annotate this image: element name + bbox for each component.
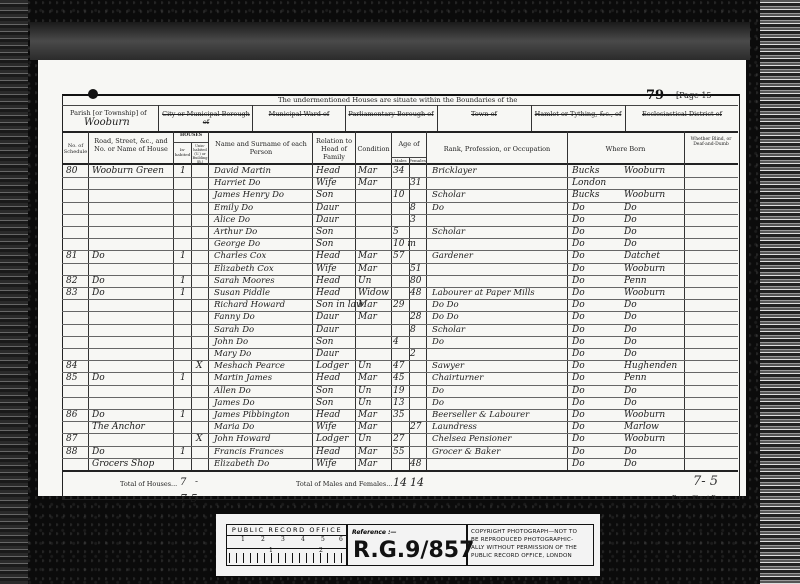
schedule-number: 81 bbox=[66, 251, 77, 261]
parish-label: Parish [or Township] of bbox=[70, 109, 155, 117]
occupation: Do bbox=[432, 398, 444, 408]
condition: Mar bbox=[358, 312, 377, 322]
condition: Mar bbox=[358, 447, 377, 457]
col-born: Where Born bbox=[568, 145, 683, 153]
occupation: Gardener bbox=[432, 251, 473, 261]
address: Do bbox=[92, 276, 105, 286]
born-county: Do bbox=[572, 337, 585, 347]
born-county: Do bbox=[572, 251, 585, 261]
age-male: 55 bbox=[393, 447, 404, 457]
copyright-line-3: ALLY WITHOUT PERMISSION OF THE bbox=[471, 544, 577, 552]
person-name: John Do bbox=[214, 337, 248, 347]
schedule-number: 86 bbox=[66, 410, 77, 420]
age-female: 8 bbox=[410, 325, 416, 335]
person-name: Emily Do bbox=[214, 203, 253, 213]
occupation: Do Do bbox=[432, 312, 459, 322]
person-name: Charles Cox bbox=[214, 251, 266, 261]
born-parish: Do bbox=[624, 215, 637, 225]
address: Do bbox=[92, 288, 105, 298]
hamlet-label: Hamlet or Tything, &c., of bbox=[534, 110, 622, 118]
born-county: Do bbox=[572, 410, 585, 420]
pro-ruler-cm: 1 2 3 4 5 6 bbox=[227, 535, 347, 549]
total-houses-margin: 7 5 bbox=[180, 492, 198, 505]
folio-number: 79 bbox=[646, 88, 664, 103]
born-parish: Hughenden bbox=[624, 361, 677, 371]
person-name: Alice Do bbox=[214, 215, 250, 225]
col-occupation: Rank, Profession, or Occupation bbox=[428, 145, 566, 153]
col-houses: HOUSES bbox=[174, 133, 208, 138]
born-parish: Do bbox=[624, 203, 637, 213]
born-county: Do bbox=[572, 361, 585, 371]
condition: Mar bbox=[358, 422, 377, 432]
address: Grocers Shop bbox=[92, 459, 154, 469]
parliamentary-label: Parliamentary Borough of bbox=[348, 110, 434, 118]
born-parish: Datchet bbox=[624, 251, 660, 261]
address: Do bbox=[92, 410, 105, 420]
film-edge-right bbox=[760, 0, 800, 584]
schedule-number: 84 bbox=[66, 361, 77, 371]
condition: Mar bbox=[358, 178, 377, 188]
condition: Un bbox=[358, 276, 371, 286]
age-female: 2 bbox=[410, 349, 416, 359]
age-female: 51 bbox=[410, 264, 421, 274]
total-houses-label: Total of Houses... bbox=[120, 480, 177, 488]
born-parish: Do bbox=[624, 386, 637, 396]
col-inhabited: In-habited bbox=[174, 147, 191, 157]
relation: Wife bbox=[316, 459, 337, 469]
col-relation: Relation to Head of Family bbox=[314, 137, 354, 161]
col-blind: Whether Blind, or Deaf-and-Dumb bbox=[686, 137, 736, 147]
age-male: 35 bbox=[393, 410, 404, 420]
person-name: Maria Do bbox=[214, 422, 254, 432]
born-parish: Wooburn bbox=[624, 434, 665, 444]
occupation: Labourer at Paper Mills bbox=[432, 288, 535, 298]
born-parish: Wooburn bbox=[624, 410, 665, 420]
age-male: 19 bbox=[393, 386, 404, 396]
age-male: 5 bbox=[393, 227, 399, 237]
born-parish: Do bbox=[624, 312, 637, 322]
row-divider bbox=[62, 177, 738, 178]
born-parish: Do bbox=[624, 398, 637, 408]
occupation: Beerseller & Labourer bbox=[432, 410, 529, 420]
person-name: Harriet Do bbox=[214, 178, 260, 188]
age-male: 10 bbox=[393, 190, 404, 200]
relation: Daur bbox=[316, 215, 339, 225]
scan-top-shadow bbox=[30, 22, 750, 60]
occupation: Scholar bbox=[432, 325, 465, 335]
age-female: 48 bbox=[410, 288, 421, 298]
city-label: City or Municipal Borough of bbox=[162, 110, 250, 126]
born-parish: Do bbox=[624, 325, 637, 335]
address: Wooburn Green bbox=[92, 166, 164, 176]
person-name: John Howard bbox=[214, 434, 271, 444]
age-male: 10 m bbox=[393, 239, 416, 249]
schedule-number: 82 bbox=[66, 276, 77, 286]
ecclesiastical-label: Ecclesiastical District of bbox=[628, 110, 736, 118]
person-name: Fanny Do bbox=[214, 312, 255, 322]
age-female: 3 bbox=[410, 215, 416, 225]
relation: Son bbox=[316, 239, 333, 249]
houses-inhabited: 1 bbox=[180, 276, 186, 286]
condition: Mar bbox=[358, 166, 377, 176]
occupation: Chelsea Pensioner bbox=[432, 434, 512, 444]
born-parish: Wooburn bbox=[624, 190, 665, 200]
relation: Daur bbox=[316, 312, 339, 322]
pro-reference-label: PUBLIC RECORD OFFICE 1 2 3 4 5 6 1 2 Ref… bbox=[216, 514, 600, 576]
age-male: 47 bbox=[393, 361, 404, 371]
born-county: Do bbox=[572, 459, 585, 469]
age-female: 27 bbox=[410, 422, 421, 432]
born-county: Bucks bbox=[572, 190, 600, 200]
col-age: Age of bbox=[392, 140, 426, 148]
relation: Son bbox=[316, 337, 333, 347]
occupation: Sawyer bbox=[432, 361, 464, 371]
pro-office-name: PUBLIC RECORD OFFICE bbox=[227, 526, 347, 534]
born-county: Do bbox=[572, 373, 585, 383]
schedule-number: 80 bbox=[66, 166, 77, 176]
pro-reference-box: Reference :— R.G.9/857 bbox=[346, 524, 468, 566]
col-address: Road, Street, &c., and No. or Name of Ho… bbox=[92, 137, 170, 153]
born-parish: Do bbox=[624, 337, 637, 347]
film-edge-left bbox=[0, 0, 28, 584]
person-name: James Pibbington bbox=[214, 410, 290, 420]
born-county: Do bbox=[572, 386, 585, 396]
born-county: Do bbox=[572, 276, 585, 286]
margin-tally: 7- 5 bbox=[693, 474, 718, 489]
age-male: 29 bbox=[393, 300, 404, 310]
person-name: Richard Howard bbox=[214, 300, 285, 310]
person-name: David Martin bbox=[214, 166, 271, 176]
born-parish: Do bbox=[624, 447, 637, 457]
total-houses-inhabited: 7 bbox=[180, 477, 186, 488]
schedule-number: 83 bbox=[66, 288, 77, 298]
relation: Daur bbox=[316, 349, 339, 359]
relation: Head bbox=[316, 276, 340, 286]
born-parish: Do bbox=[624, 239, 637, 249]
condition: Mar bbox=[358, 410, 377, 420]
age-female: 48 bbox=[410, 459, 421, 469]
condition: Mar bbox=[358, 300, 377, 310]
born-county: Do bbox=[572, 422, 585, 432]
born-parish: Wooburn bbox=[624, 264, 665, 274]
born-parish: Penn bbox=[624, 276, 647, 286]
col-name: Name and Surname of each Person bbox=[212, 140, 310, 156]
occupation: Scholar bbox=[432, 190, 465, 200]
address: Do bbox=[92, 251, 105, 261]
person-name: Meshach Pearce bbox=[214, 361, 285, 371]
born-county: Do bbox=[572, 203, 585, 213]
relation: Head bbox=[316, 166, 340, 176]
condition: Un bbox=[358, 386, 371, 396]
age-female: 8 bbox=[410, 203, 416, 213]
born-parish: Do bbox=[624, 227, 637, 237]
relation: Son bbox=[316, 386, 333, 396]
address: Do bbox=[92, 373, 105, 383]
born-county: Do bbox=[572, 264, 585, 274]
born-county: Do bbox=[572, 434, 585, 444]
col-males: Males bbox=[392, 158, 409, 163]
born-parish: Wooburn bbox=[624, 288, 665, 298]
born-parish: Do bbox=[624, 349, 637, 359]
condition: Un bbox=[358, 361, 371, 371]
condition: Widow bbox=[358, 288, 389, 298]
total-persons-label: Total of Males and Females... bbox=[296, 480, 392, 488]
relation: Head bbox=[316, 373, 340, 383]
age-male: 45 bbox=[393, 373, 404, 383]
copyright-line-2: BE REPRODUCED PHOTOGRAPHIC- bbox=[471, 536, 573, 544]
occupation: Bricklayer bbox=[432, 166, 477, 176]
copyright-line-1: COPYRIGHT PHOTOGRAPH—NOT TO bbox=[471, 528, 577, 536]
person-name: Elizabeth Do bbox=[214, 459, 269, 469]
relation: Son bbox=[316, 190, 333, 200]
schedule-number: 88 bbox=[66, 447, 77, 457]
person-name: Allen Do bbox=[214, 386, 251, 396]
boundary-banner: The undermentioned Houses are situate wi… bbox=[278, 96, 517, 104]
born-county: London bbox=[572, 178, 606, 188]
born-county: Do bbox=[572, 325, 585, 335]
houses-inhabited: 1 bbox=[180, 166, 186, 176]
relation: Head bbox=[316, 288, 340, 298]
town-label: Town of bbox=[440, 110, 528, 118]
relation: Lodger bbox=[316, 361, 349, 371]
person-name: James Henry Do bbox=[214, 190, 284, 200]
person-name: Susan Piddle bbox=[214, 288, 270, 298]
relation: Daur bbox=[316, 203, 339, 213]
relation: Wife bbox=[316, 264, 337, 274]
born-county: Do bbox=[572, 288, 585, 298]
col-females: Females bbox=[409, 158, 426, 163]
houses-inhabited: 1 bbox=[180, 373, 186, 383]
pro-copyright-box: COPYRIGHT PHOTOGRAPH—NOT TO BE REPRODUCE… bbox=[466, 524, 594, 566]
schedule-number: 87 bbox=[66, 434, 77, 444]
relation: Head bbox=[316, 251, 340, 261]
reference-code: R.G.9/857 bbox=[353, 538, 474, 563]
punch-hole bbox=[88, 89, 98, 99]
occupation: Chairturner bbox=[432, 373, 483, 383]
schedule-number: 85 bbox=[66, 373, 77, 383]
total-males: 14 bbox=[393, 476, 407, 489]
relation: Head bbox=[316, 410, 340, 420]
occupation: Do bbox=[432, 386, 444, 396]
born-parish: Penn bbox=[624, 373, 647, 383]
occupation: Scholar bbox=[432, 227, 465, 237]
page-label: [Page 15 bbox=[676, 91, 712, 100]
born-county: Bucks bbox=[572, 166, 600, 176]
born-parish: Wooburn bbox=[624, 166, 665, 176]
houses-inhabited: 1 bbox=[180, 251, 186, 261]
born-county: Do bbox=[572, 349, 585, 359]
copyright-line-4: PUBLIC RECORD OFFICE, LONDON bbox=[471, 552, 572, 560]
occupation: Do bbox=[432, 203, 444, 213]
relation: Son bbox=[316, 227, 333, 237]
col-uninhabited: Unin-habited (U.) or Building (B.) bbox=[192, 144, 208, 164]
age-male: 4 bbox=[393, 337, 399, 347]
occupation: Grocer & Baker bbox=[432, 447, 500, 457]
condition: Mar bbox=[358, 459, 377, 469]
condition: Un bbox=[358, 434, 371, 444]
person-name: Francis Frances bbox=[214, 447, 284, 457]
ward-label: Municipal Ward of bbox=[256, 110, 342, 118]
born-county: Do bbox=[572, 227, 585, 237]
address: Do bbox=[92, 447, 105, 457]
person-name: Martin James bbox=[214, 373, 272, 383]
condition: Mar bbox=[358, 264, 377, 274]
col-schedule: No. of Schedule bbox=[63, 143, 88, 155]
relation: Wife bbox=[316, 178, 337, 188]
condition: Mar bbox=[358, 251, 377, 261]
age-male: 13 bbox=[393, 398, 404, 408]
occupation: Do Do bbox=[432, 300, 459, 310]
born-parish: Do bbox=[624, 459, 637, 469]
person-name: Elizabeth Cox bbox=[214, 264, 274, 274]
person-name: James Do bbox=[214, 398, 255, 408]
occupation: Do bbox=[432, 337, 444, 347]
houses-uninhabited: X bbox=[196, 361, 202, 371]
houses-inhabited: 1 bbox=[180, 447, 186, 457]
born-county: Do bbox=[572, 300, 585, 310]
born-county: Do bbox=[572, 398, 585, 408]
total-houses-uninhabited: - bbox=[195, 477, 198, 487]
houses-uninhabited: X bbox=[196, 434, 202, 444]
born-parish: Do bbox=[624, 300, 637, 310]
person-name: Sarah Do bbox=[214, 325, 254, 335]
person-name: Mary Do bbox=[214, 349, 251, 359]
occupation: Laundress bbox=[432, 422, 477, 432]
born-county: Do bbox=[572, 447, 585, 457]
age-male: 27 bbox=[393, 434, 404, 444]
houses-inhabited: 1 bbox=[180, 288, 186, 298]
born-county: Do bbox=[572, 215, 585, 225]
relation: Daur bbox=[316, 325, 339, 335]
relation: Wife bbox=[316, 422, 337, 432]
born-county: Do bbox=[572, 239, 585, 249]
age-female: 28 bbox=[410, 312, 421, 322]
relation: Son bbox=[316, 398, 333, 408]
parish-value: Wooburn bbox=[84, 117, 130, 128]
houses-inhabited: 1 bbox=[180, 410, 186, 420]
sheet-footer: Eng.—Sheet D. bbox=[672, 495, 718, 502]
age-male: 34 bbox=[393, 166, 404, 176]
reference-label: Reference :— bbox=[352, 529, 396, 536]
age-female: 80 bbox=[410, 276, 421, 286]
pro-ruler-ticks bbox=[229, 553, 345, 563]
person-name: George Do bbox=[214, 239, 260, 249]
col-condition: Condition bbox=[356, 145, 391, 153]
relation: Head bbox=[316, 447, 340, 457]
relation: Son in law bbox=[316, 300, 364, 310]
condition: Mar bbox=[358, 373, 377, 383]
age-male: 57 bbox=[393, 251, 404, 261]
relation: Lodger bbox=[316, 434, 349, 444]
age-female: 31 bbox=[410, 178, 421, 188]
pro-ruler-box: PUBLIC RECORD OFFICE 1 2 3 4 5 6 1 2 bbox=[226, 524, 348, 566]
address: The Anchor bbox=[92, 422, 145, 432]
condition: Un bbox=[358, 398, 371, 408]
born-county: Do bbox=[572, 312, 585, 322]
person-name: Arthur Do bbox=[214, 227, 257, 237]
born-parish: Marlow bbox=[624, 422, 659, 432]
person-name: Sarah Moores bbox=[214, 276, 275, 286]
total-females: 14 bbox=[410, 476, 424, 489]
